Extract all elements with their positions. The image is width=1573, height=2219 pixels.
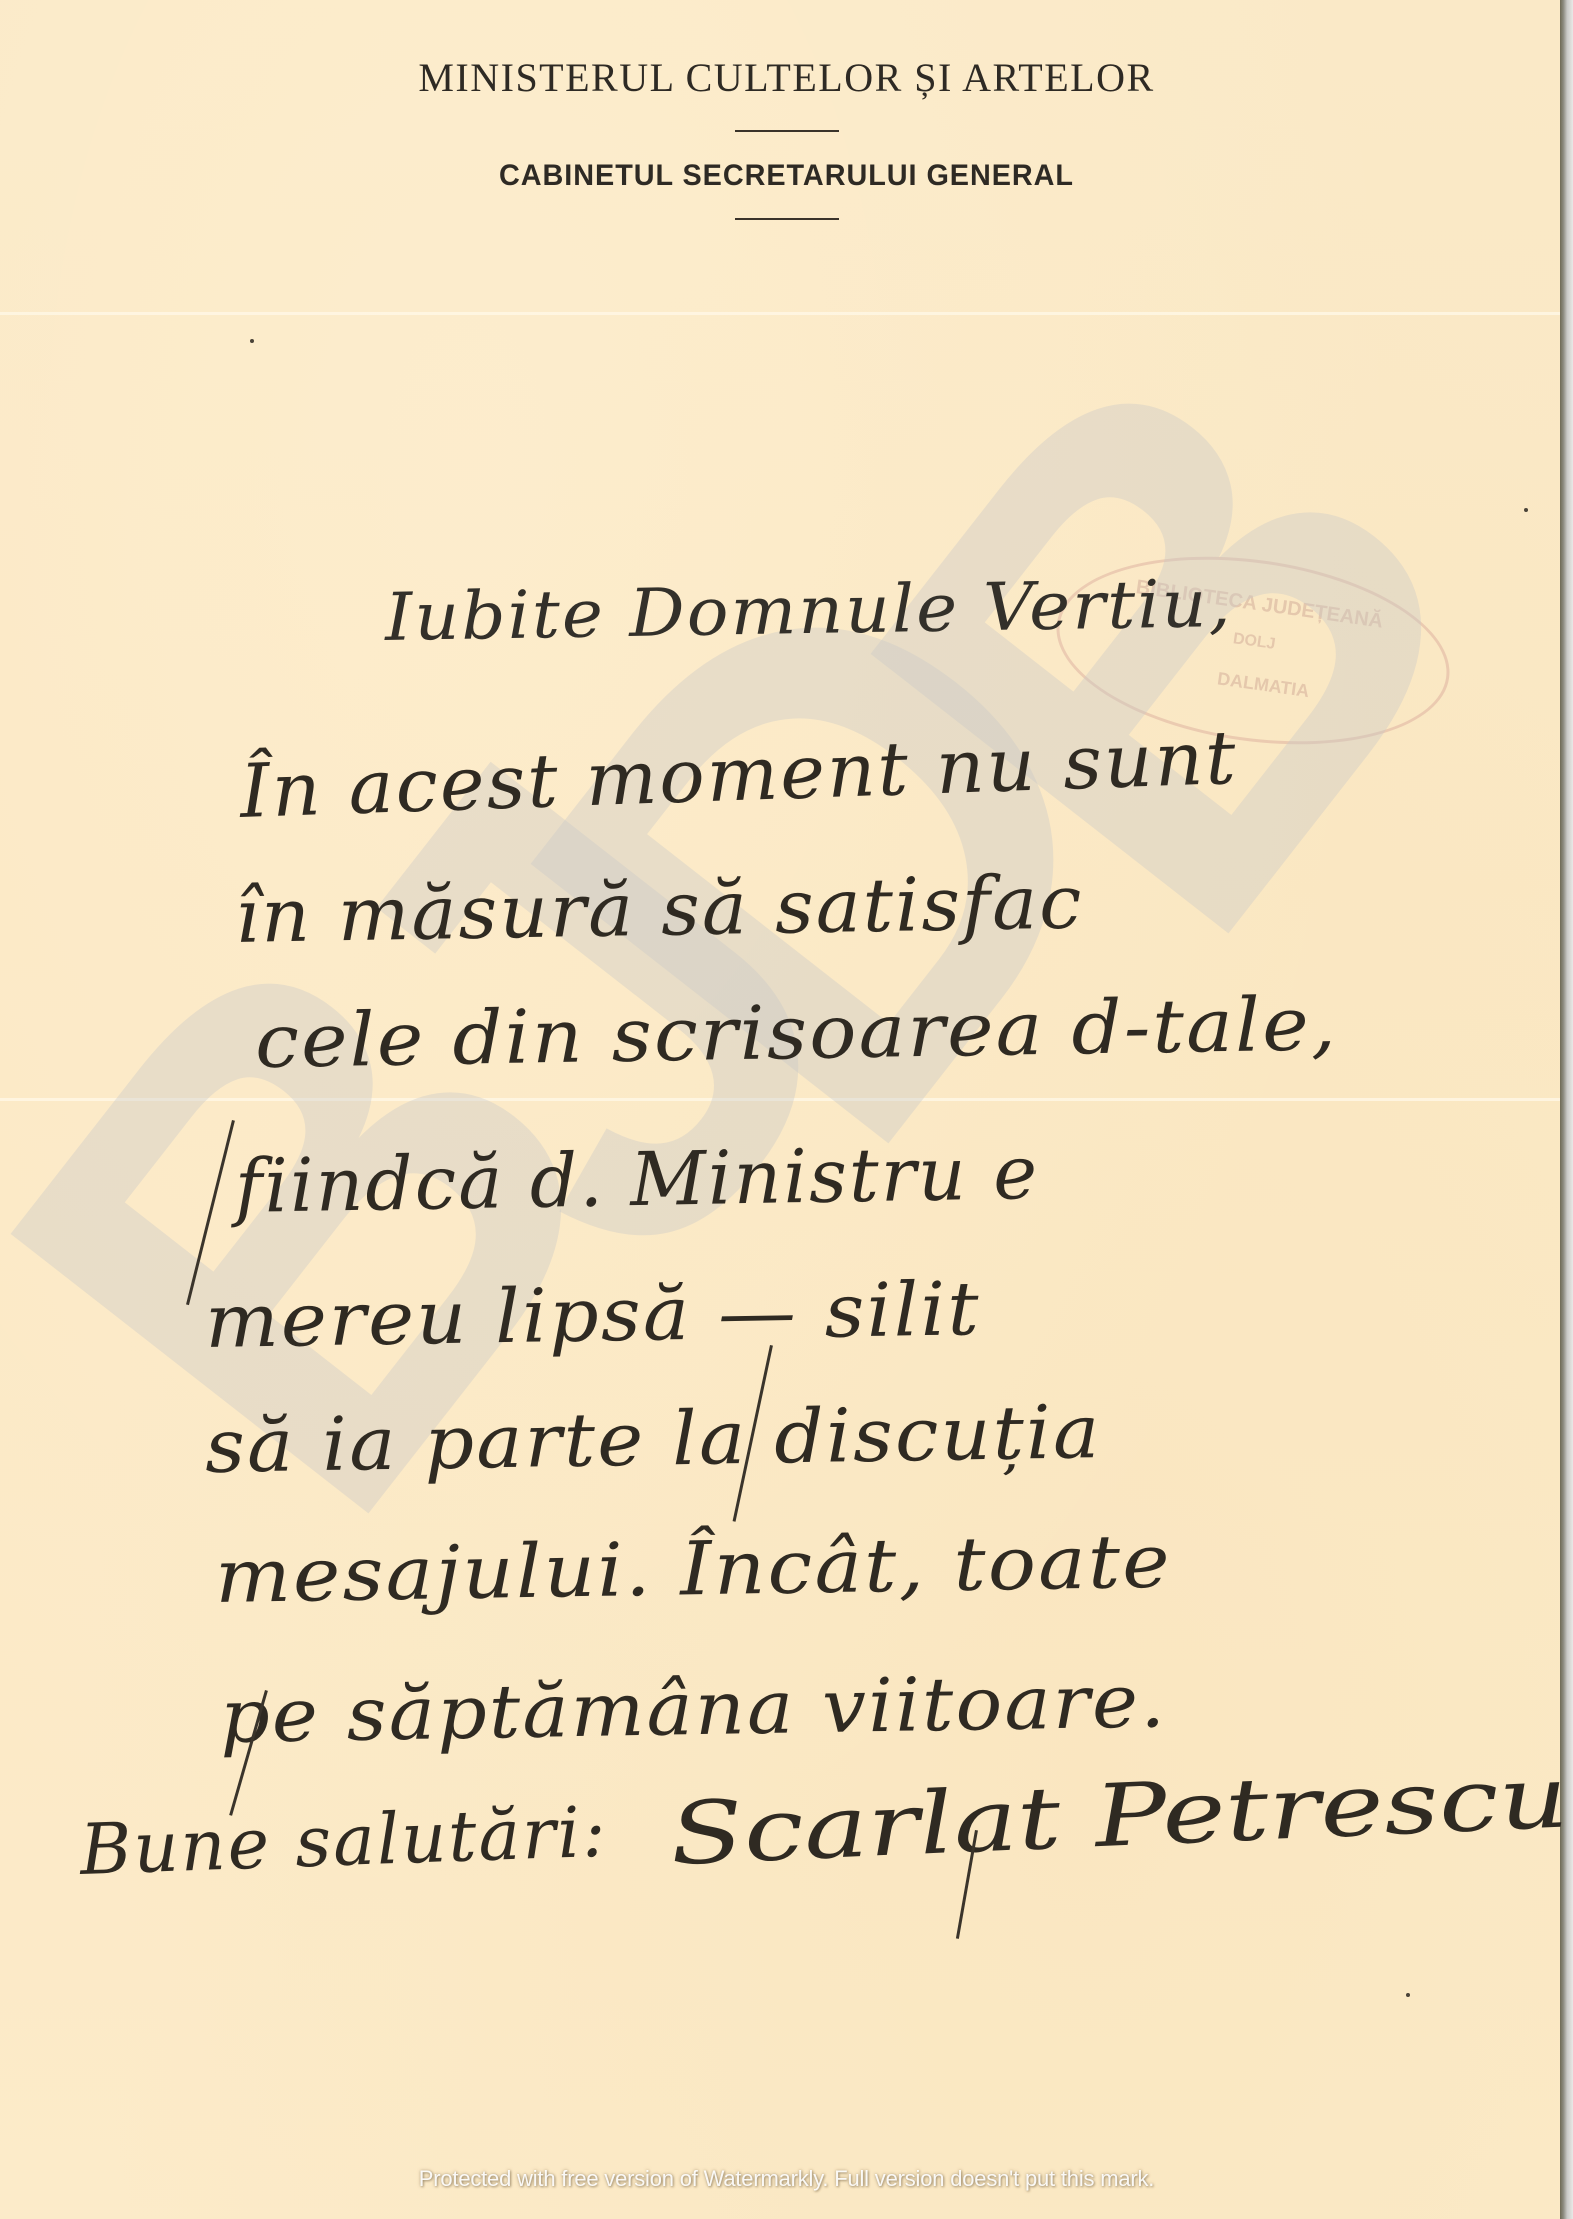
watermarkly-notice: Protected with free version of Watermark… — [0, 2166, 1573, 2192]
letter-line: în măsură să satisfac — [234, 865, 1084, 954]
letter-page — [0, 0, 1560, 2219]
letter-closing: Bune salutări: — [79, 1797, 609, 1885]
paper-speck — [1524, 508, 1528, 512]
letter-line: fiindcă d. Ministru e — [234, 1136, 1039, 1224]
letter-line: mesajului. Încât, toate — [214, 1525, 1172, 1614]
office-title: CABINETUL SECRETARULUI GENERAL — [31, 156, 1541, 196]
letter-line: mereu lipsă — silit — [204, 1272, 981, 1359]
ministry-title: MINISTERUL CULTELOR ȘI ARTELOR — [0, 48, 1573, 108]
letter-line: cele din scrisoarea d-tale, — [254, 987, 1338, 1079]
paper-fold-line — [0, 312, 1560, 315]
letterhead-divider — [735, 218, 839, 220]
letterhead-divider — [735, 130, 839, 132]
letter-line: pe săptămâna viitoare. — [219, 1664, 1167, 1754]
paper-fold-line — [0, 1098, 1560, 1101]
letter-salutation: Iubite Domnule Vertiu, — [384, 571, 1233, 651]
stamp-line: DALMATIA — [1163, 661, 1364, 710]
paper-speck — [250, 339, 254, 343]
page-edge-shadow — [1560, 0, 1573, 2219]
paper-speck — [1406, 1993, 1410, 1997]
letter-line: să ia parte la discuția — [204, 1395, 1102, 1484]
letterhead: MINISTERUL CULTELOR ȘI ARTELOR CABINETUL… — [0, 48, 1573, 220]
